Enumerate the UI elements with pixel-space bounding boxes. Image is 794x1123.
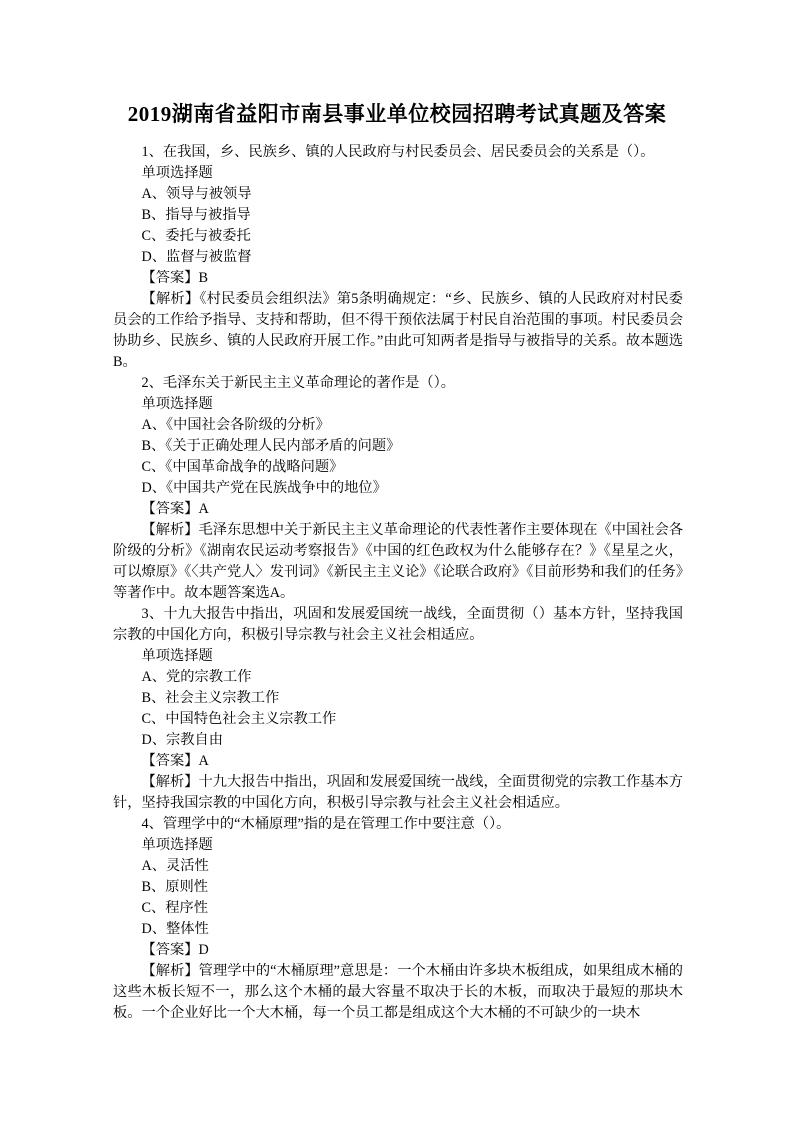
option-b: B、指导与被指导	[113, 205, 683, 226]
question-block-3: 3、十九大报告中指出，巩固和发展爱国统一战线，全面贯彻（）基本方针，坚持我国宗教…	[113, 604, 683, 814]
option-a: A、领导与被领导	[113, 184, 683, 205]
option-b: B、《关于正确处理人民内部矛盾的问题》	[113, 436, 683, 457]
option-c: C、中国特色社会主义宗教工作	[113, 709, 683, 730]
question-block-4: 4、管理学中的“木桶原理”指的是在管理工作中要注意（）。 单项选择题 A、灵活性…	[113, 814, 683, 1024]
question-block-1: 1、在我国，乡、民族乡、镇的人民政府与村民委员会、居民委员会的关系是（）。 单项…	[113, 142, 683, 373]
analysis-paragraph: 【解析】毛泽东思想中关于新民主主义革命理论的代表性著作主要体现在《中国社会各阶级…	[113, 520, 683, 604]
answer-line: 【答案】D	[113, 940, 683, 961]
option-d: D、监督与被监督	[113, 247, 683, 268]
option-a: A、灵活性	[113, 856, 683, 877]
document-page: 2019湖南省益阳市南县事业单位校园招聘考试真题及答案 1、在我国，乡、民族乡、…	[0, 0, 794, 1123]
option-c: C、程序性	[113, 898, 683, 919]
analysis-paragraph: 【解析】管理学中的“木桶原理”意思是：一个木桶由许多块木板组成，如果组成木桶的这…	[113, 961, 683, 1024]
question-type-label: 单项选择题	[113, 394, 683, 415]
option-a: A、《中国社会各阶级的分析》	[113, 415, 683, 436]
option-d: D、整体性	[113, 919, 683, 940]
option-d: D、《中国共产党在民族战争中的地位》	[113, 478, 683, 499]
answer-line: 【答案】A	[113, 499, 683, 520]
answer-line: 【答案】B	[113, 268, 683, 289]
question-block-2: 2、毛泽东关于新民主主义革命理论的著作是（）。 单项选择题 A、《中国社会各阶级…	[113, 373, 683, 604]
question-type-label: 单项选择题	[113, 163, 683, 184]
document-title: 2019湖南省益阳市南县事业单位校园招聘考试真题及答案	[0, 98, 794, 130]
question-type-label: 单项选择题	[113, 646, 683, 667]
option-b: B、原则性	[113, 877, 683, 898]
answer-line: 【答案】A	[113, 751, 683, 772]
option-a: A、党的宗教工作	[113, 667, 683, 688]
question-text: 1、在我国，乡、民族乡、镇的人民政府与村民委员会、居民委员会的关系是（）。	[113, 142, 683, 163]
option-c: C、《中国革命战争的战略问题》	[113, 457, 683, 478]
option-d: D、宗教自由	[113, 730, 683, 751]
question-text: 2、毛泽东关于新民主主义革命理论的著作是（）。	[113, 373, 683, 394]
analysis-paragraph: 【解析】十九大报告中指出，巩固和发展爱国统一战线，全面贯彻党的宗教工作基本方针，…	[113, 772, 683, 814]
document-body: 1、在我国，乡、民族乡、镇的人民政府与村民委员会、居民委员会的关系是（）。 单项…	[113, 142, 683, 1024]
option-c: C、委托与被委托	[113, 226, 683, 247]
question-text: 4、管理学中的“木桶原理”指的是在管理工作中要注意（）。	[113, 814, 683, 835]
option-b: B、社会主义宗教工作	[113, 688, 683, 709]
question-type-label: 单项选择题	[113, 835, 683, 856]
analysis-paragraph: 【解析】《村民委员会组织法》第5条明确规定：“乡、民族乡、镇的人民政府对村民委员…	[113, 289, 683, 373]
question-text: 3、十九大报告中指出，巩固和发展爱国统一战线，全面贯彻（）基本方针，坚持我国宗教…	[113, 604, 683, 646]
